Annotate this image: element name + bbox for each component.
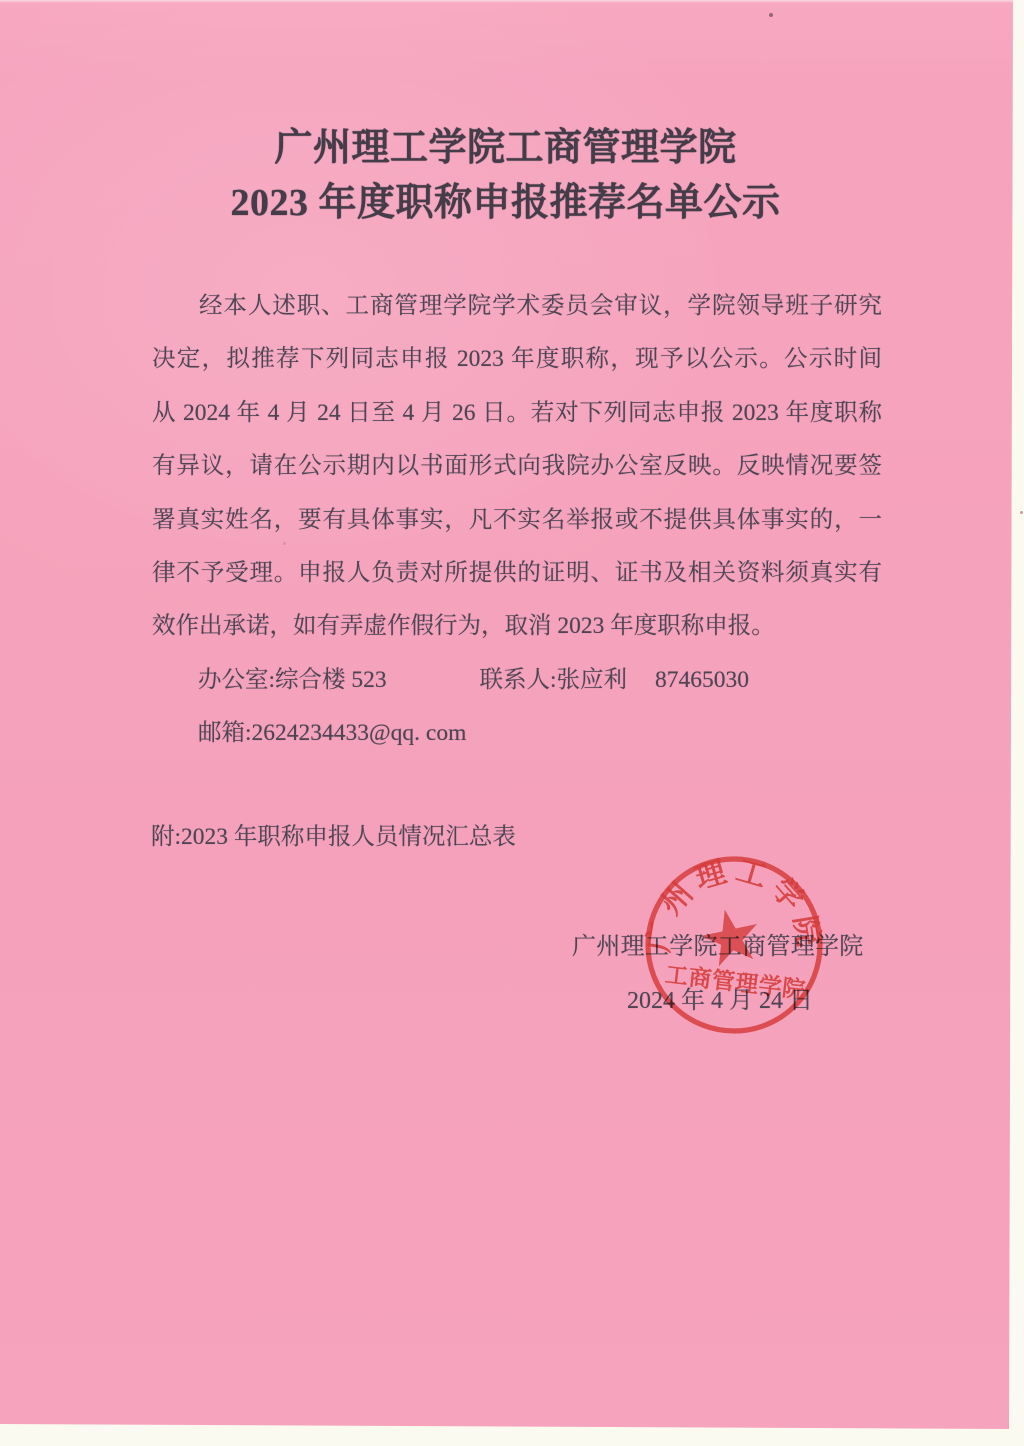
dust-speck bbox=[1020, 511, 1023, 514]
dust-speck bbox=[283, 542, 286, 545]
notice-title: 广州理工学院工商管理学院 2023 年度职称申报推荐名单公示 bbox=[0, 121, 1011, 231]
attachment-note: 附:2023 年职称申报人员情况汇总表 bbox=[151, 822, 516, 852]
seal-star-icon bbox=[697, 904, 764, 969]
body-line: 效作出承诺，如有弄虚作假行为，取消 2023 年度职称申报。 bbox=[152, 600, 882, 653]
body-line: 律不予受理。申报人负责对所提供的证明、证书及相关资料须真实有 bbox=[152, 547, 882, 600]
office-location: 办公室:综合楼 523 bbox=[198, 667, 387, 693]
title-line-2: 2023 年度职称申报推荐名单公示 bbox=[0, 176, 1011, 231]
body-line: 经本人述职、工商管理学院学术委员会审议，学院领导班子研究 bbox=[152, 280, 882, 333]
contact-person: 联系人:张应利 bbox=[480, 667, 628, 693]
contact-phone: 87465030 bbox=[655, 667, 749, 693]
contact-line: 办公室:综合楼 523 联系人:张应利 87465030 bbox=[152, 654, 882, 707]
notice-body: 经本人述职、工商管理学院学术委员会审议，学院领导班子研究 决定，拟推荐下列同志申… bbox=[152, 280, 882, 761]
title-line-1: 广州理工学院工商管理学院 bbox=[0, 121, 1011, 176]
dust-speck bbox=[769, 13, 773, 17]
body-line: 决定，拟推荐下列同志申报 2023 年度职称，现予以公示。公示时间 bbox=[152, 333, 882, 386]
official-red-seal: 广州理工学院 工商管理学院 bbox=[640, 851, 828, 1039]
body-line: 有异议，请在公示期内以书面形式向我院办公室反映。反映情况要签 bbox=[152, 440, 882, 493]
body-line: 署真实姓名，要有具体事实，凡不实名举报或不提供具体事实的，一 bbox=[152, 494, 882, 547]
contact-email: 邮箱:2624234433@qq. com bbox=[152, 707, 882, 760]
seal-bottom-text: 工商管理学院 bbox=[664, 962, 807, 1003]
body-line: 从 2024 年 4 月 24 日至 4 月 26 日。若对下列同志申报 202… bbox=[152, 387, 882, 440]
pink-notice-paper: 广州理工学院工商管理学院 2023 年度职称申报推荐名单公示 经本人述职、工商管… bbox=[0, 0, 1016, 1446]
